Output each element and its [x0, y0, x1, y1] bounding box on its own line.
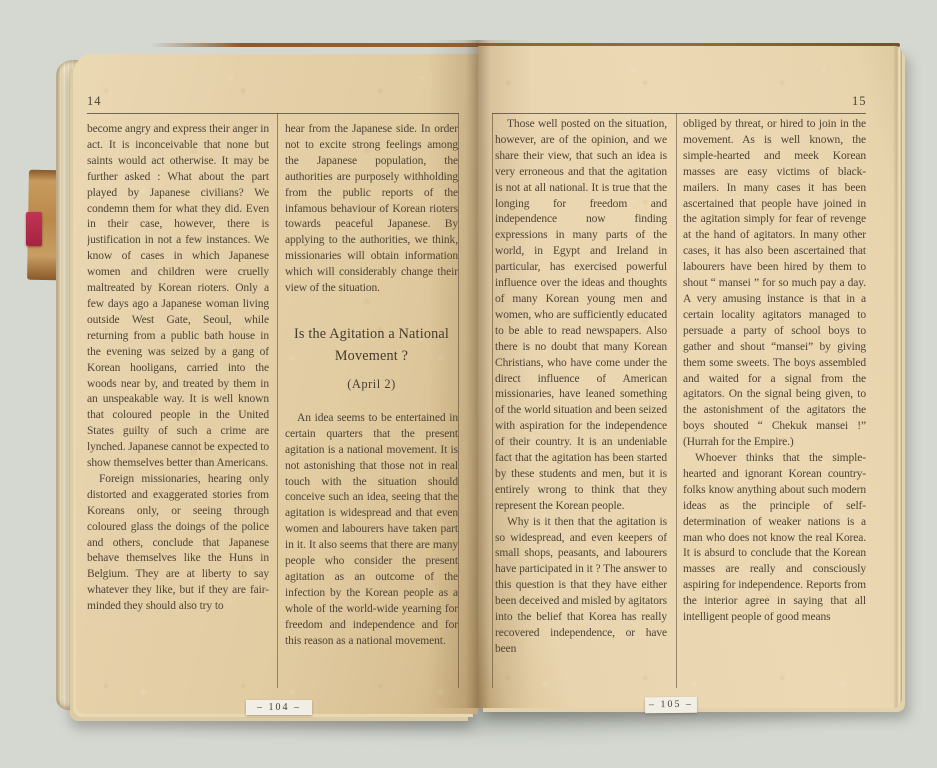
gutter-rule-left-page [458, 113, 459, 688]
text-column-left-1: become angry and express their anger in … [87, 122, 269, 694]
header-rule-left [87, 113, 459, 114]
paragraph: Those well posted on the situation, howe… [495, 117, 667, 515]
red-bookmark-tab [26, 212, 42, 246]
right-page: 15 Those well posted on the situation, h… [478, 46, 902, 708]
section-date: (April 2) [285, 377, 458, 393]
folio-label-105: – 105 – [645, 697, 697, 714]
folio-label-104: – 104 – [246, 700, 312, 715]
text-column-left-2: hear from the Japanese side. In order no… [285, 122, 458, 694]
paragraph: Whoever thinks that the simple-hearted a… [683, 451, 866, 626]
section-heading: Is the Agitation a National Movement ? [285, 323, 458, 367]
left-page: 14 become angry and express their anger … [76, 54, 478, 714]
page-number-left: 14 [87, 94, 102, 109]
column-divider-left-page [277, 113, 278, 688]
gutter-rule-right-page [492, 113, 493, 688]
page-number-right: 15 [852, 94, 867, 109]
paragraph: become angry and express their anger in … [87, 122, 269, 472]
header-rule-right [492, 113, 866, 114]
open-book: 14 become angry and express their anger … [0, 0, 937, 768]
paragraph: hear from the Japanese side. In order no… [285, 122, 458, 297]
paragraph: obliged by threat, or hired to join in t… [683, 117, 866, 451]
text-column-right-1: Those well posted on the situation, howe… [495, 117, 667, 692]
column-divider-right-page [676, 113, 677, 688]
paragraph: Why is it then that the agitation is so … [495, 515, 667, 658]
paragraph: An idea seems to be entertained in certa… [285, 411, 458, 650]
paragraph: Foreign missionaries, hearing only disto… [87, 472, 269, 615]
text-column-right-2: obliged by threat, or hired to join in t… [683, 117, 866, 692]
